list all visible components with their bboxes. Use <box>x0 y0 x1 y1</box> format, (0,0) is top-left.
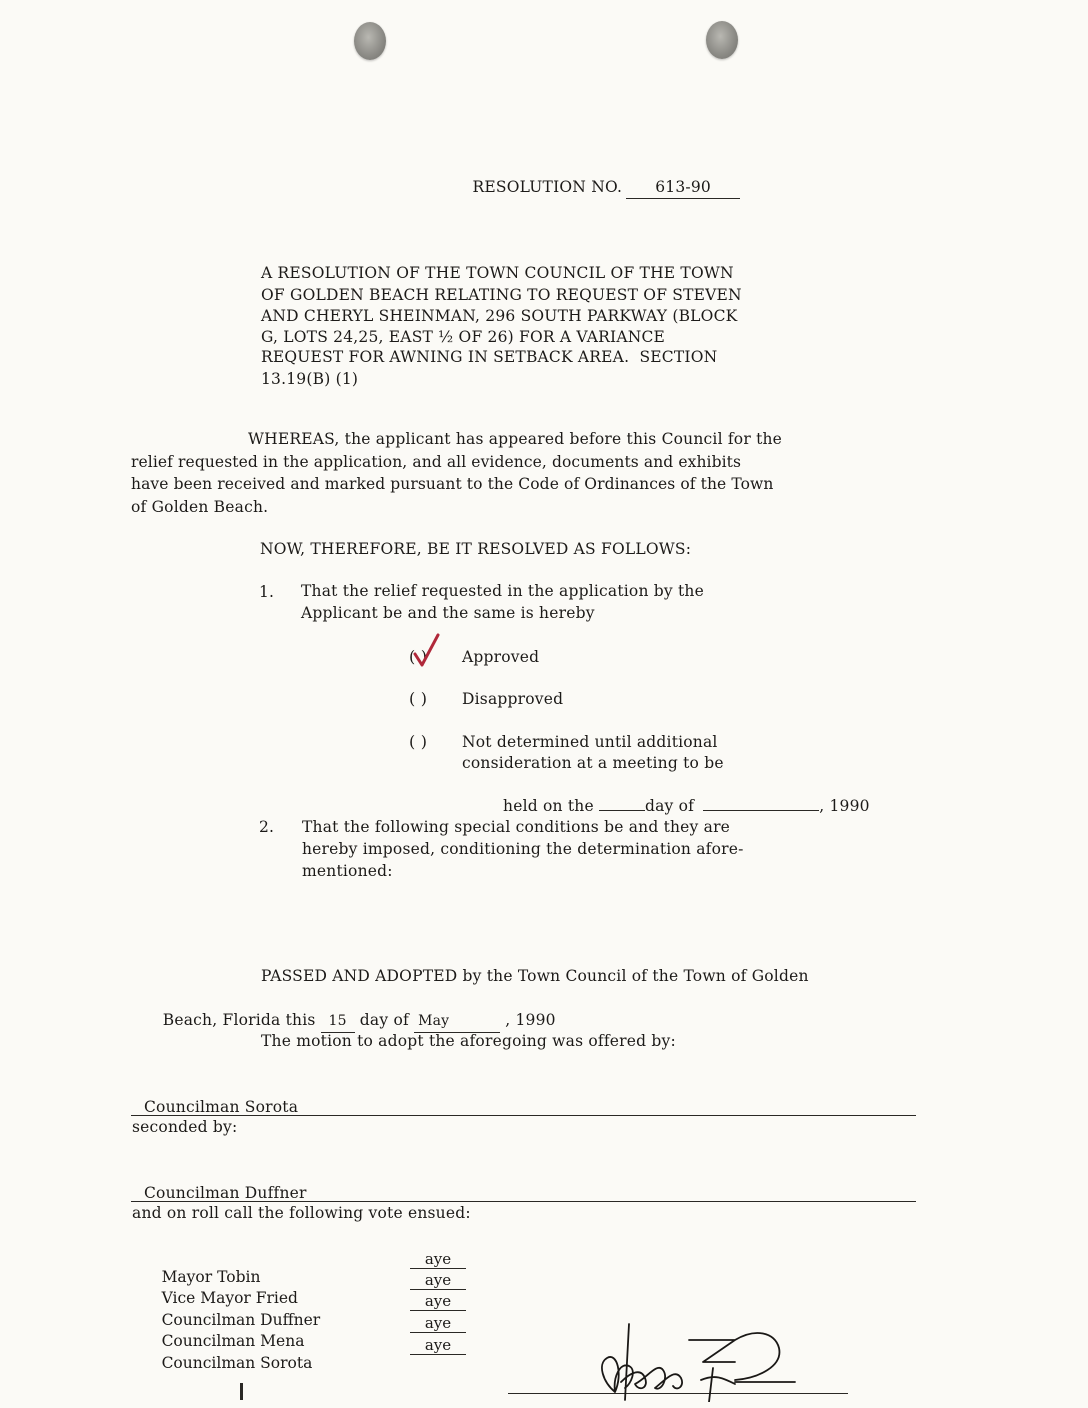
title-line: REQUEST FOR AWNING IN SETBACK AREA. SECT… <box>261 346 717 368</box>
item-line: That the following special conditions be… <box>302 816 730 838</box>
vote-value: aye <box>410 1250 466 1269</box>
item-line: Applicant be and the same is hereby <box>301 602 595 624</box>
offered-by-line <box>131 1115 916 1116</box>
resolution-number: 613-90 <box>626 176 740 199</box>
title-line: 13.19(B) (1) <box>261 368 358 390</box>
item-line: mentioned: <box>302 860 393 882</box>
signature-icon <box>585 1322 855 1402</box>
title-line: AND CHERYL SHEINMAN, 296 SOUTH PARKWAY (… <box>261 305 737 327</box>
option-label: Approved <box>462 646 539 668</box>
option-label: Disapproved <box>462 688 563 710</box>
motion-text: The motion to adopt the aforegoing was o… <box>261 1030 676 1052</box>
option-label-continued: consideration at a meeting to be <box>462 752 724 774</box>
item-number: 2. <box>259 816 274 838</box>
checkbox-disapproved[interactable]: ( ) <box>409 688 427 710</box>
punch-hole-right <box>706 21 738 59</box>
resolution-document: RESOLUTION NO.613-90 A RESOLUTION OF THE… <box>0 0 1088 1408</box>
vote-value: aye <box>410 1271 466 1290</box>
item-number: 1. <box>259 581 274 603</box>
vote-value: aye <box>410 1336 466 1355</box>
vote-value: aye <box>410 1292 466 1311</box>
vote-row: Councilman Sorota <box>132 1330 312 1396</box>
stray-mark <box>240 1383 243 1400</box>
roll-call-label: and on roll call the following vote ensu… <box>132 1202 471 1224</box>
passed-line: PASSED AND ADOPTED by the Town Council o… <box>261 965 809 987</box>
punch-hole-left <box>354 22 386 60</box>
resolved-heading: NOW, THEREFORE, BE IT RESOLVED AS FOLLOW… <box>260 538 691 560</box>
seconded-label: seconded by: <box>132 1116 237 1138</box>
option-label: Not determined until additional <box>462 731 718 753</box>
held-day-field[interactable] <box>599 810 645 811</box>
whereas-line: have been received and marked pursuant t… <box>131 473 773 495</box>
resolution-header: RESOLUTION NO.613-90 <box>452 154 740 221</box>
whereas-line: relief requested in the application, and… <box>131 451 741 473</box>
resolution-label: RESOLUTION NO. <box>473 178 623 196</box>
vote-value: aye <box>410 1314 466 1333</box>
held-month-field[interactable] <box>703 810 819 811</box>
title-line: A RESOLUTION OF THE TOWN COUNCIL OF THE … <box>261 262 734 284</box>
whereas-line: of Golden Beach. <box>131 496 268 518</box>
title-line: G, LOTS 24,25, EAST ½ OF 26) FOR A VARIA… <box>261 326 665 348</box>
checkmark-icon <box>412 633 442 669</box>
title-line: OF GOLDEN BEACH RELATING TO REQUEST OF S… <box>261 284 742 306</box>
voter-name: Councilman Sorota <box>162 1354 313 1372</box>
item-line: That the relief requested in the applica… <box>301 580 704 602</box>
item-line: hereby imposed, conditioning the determi… <box>302 838 744 860</box>
whereas-line: WHEREAS, the applicant has appeared befo… <box>248 428 782 450</box>
checkbox-not-determined[interactable]: ( ) <box>409 731 427 753</box>
